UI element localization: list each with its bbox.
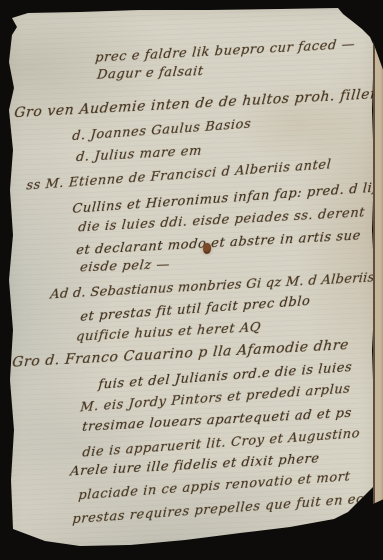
manuscript-page: prec e faldre lik buepro cur faced — Dag…: [0, 0, 383, 560]
manuscript-line: d. Julius mare em: [75, 144, 202, 166]
manuscript-line: d. Joannes Gaulus Basios: [72, 117, 252, 145]
manuscript-line: Dagur e falsait: [96, 64, 204, 83]
manuscript-line: Gro ven Audemie inten de de hultos proh.…: [14, 85, 383, 122]
manuscript-line: prec e faldre lik buepro cur faced —: [95, 37, 356, 66]
manuscript-line: Ad d. Sebastianus monbries Gi qz M. d Al…: [50, 270, 376, 302]
scan-background: prec e faldre lik buepro cur faced — Dag…: [0, 0, 383, 560]
adjacent-page-edge: [373, 42, 383, 504]
manuscript-line: quificie huius et heret AQ: [75, 320, 261, 345]
manuscript-line: eisde pelz —: [79, 257, 171, 275]
ink-blot: [202, 242, 211, 254]
